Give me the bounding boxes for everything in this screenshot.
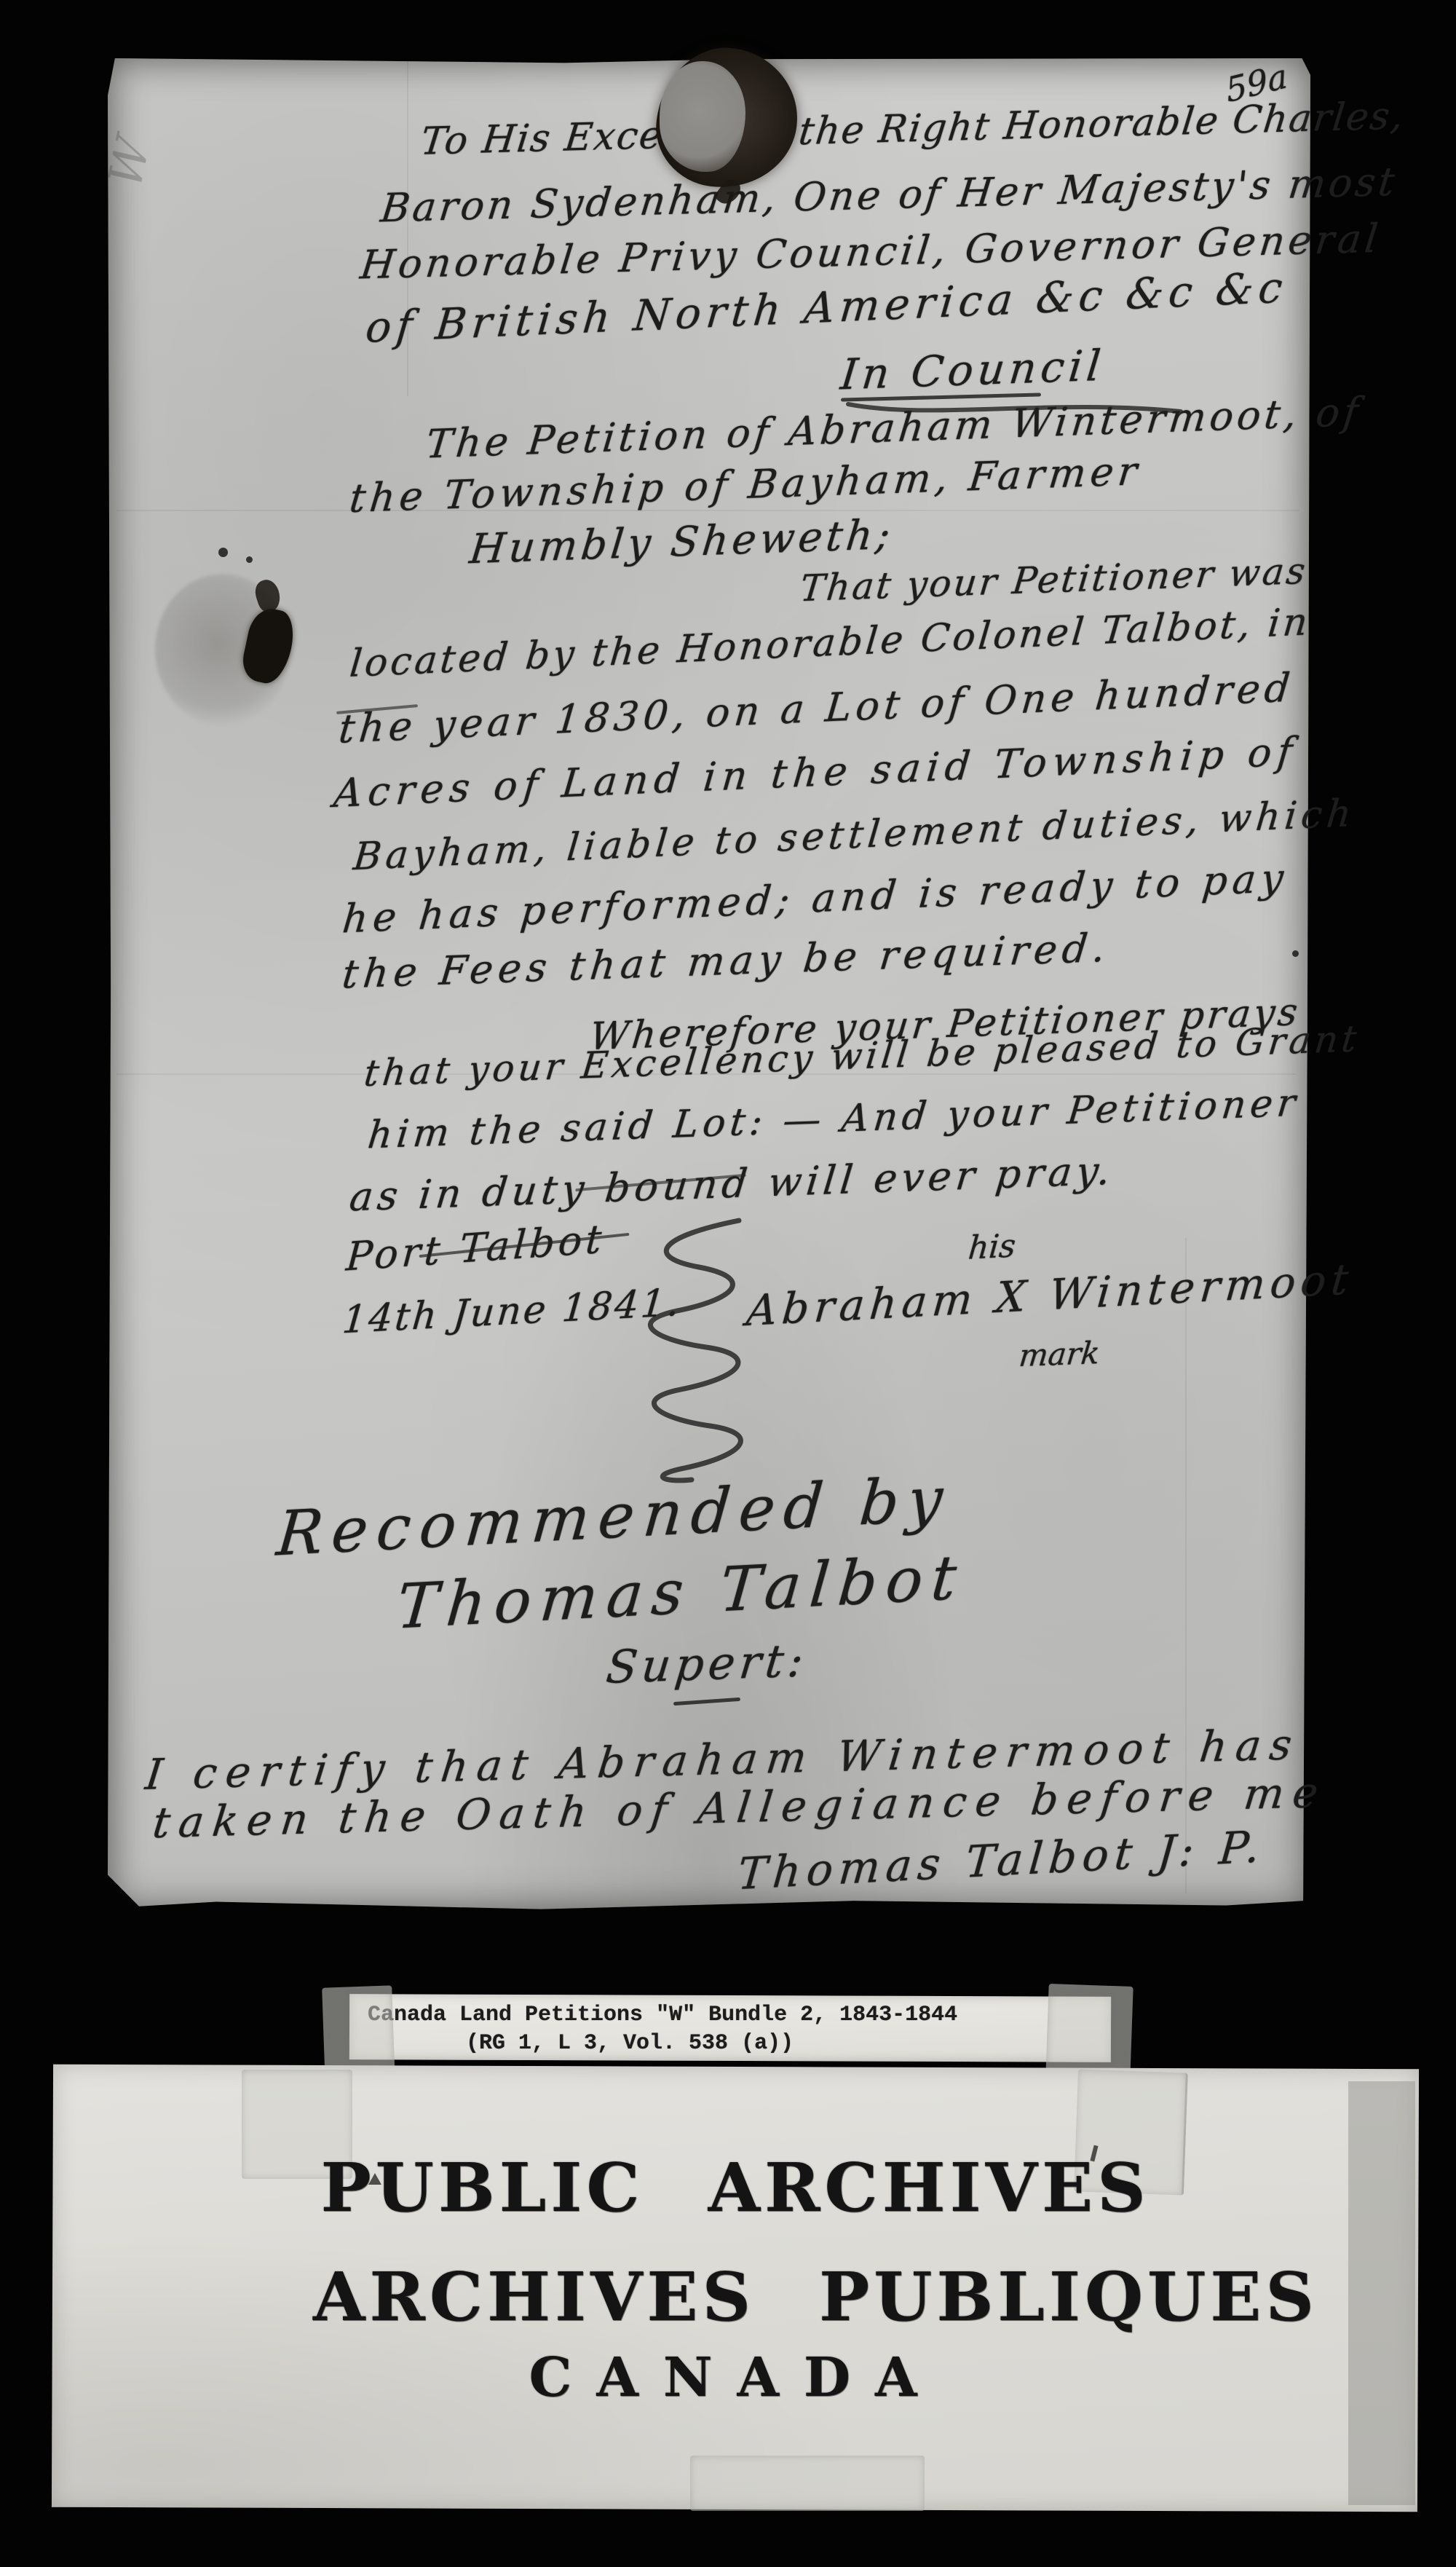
card-title-english: PUBLIC ARCHIVES bbox=[313, 2148, 1158, 2227]
card-title-canada: CANADA bbox=[313, 2346, 1158, 2409]
heading-in-council: In Council bbox=[839, 344, 1107, 398]
ink-dot bbox=[246, 556, 253, 563]
signature-his-label: his bbox=[967, 1229, 1017, 1266]
label-title: Canada Land Petitions "W" Bundle 2, 1843… bbox=[368, 2003, 957, 2027]
ink-dot bbox=[218, 548, 228, 557]
signature-mark-label: mark bbox=[1018, 1337, 1101, 1372]
card-title-french: ARCHIVES PUBLIQUES bbox=[313, 2258, 1158, 2336]
ink-dot bbox=[1292, 950, 1299, 957]
label-reference: (RG 1, L 3, Vol. 538 (a)) bbox=[466, 2031, 794, 2056]
scanned-page-background: W 59a To His Excellency the Right Honora… bbox=[0, 0, 1456, 2567]
recommender-title: Supert: bbox=[604, 1636, 810, 1691]
paper-crease bbox=[116, 510, 1299, 511]
card-right-edge-shadow bbox=[1348, 2081, 1415, 2505]
signature-flourish bbox=[637, 1215, 761, 1486]
tape-card-bottom bbox=[690, 2456, 925, 2511]
ink-blot-top-center bbox=[660, 61, 745, 172]
